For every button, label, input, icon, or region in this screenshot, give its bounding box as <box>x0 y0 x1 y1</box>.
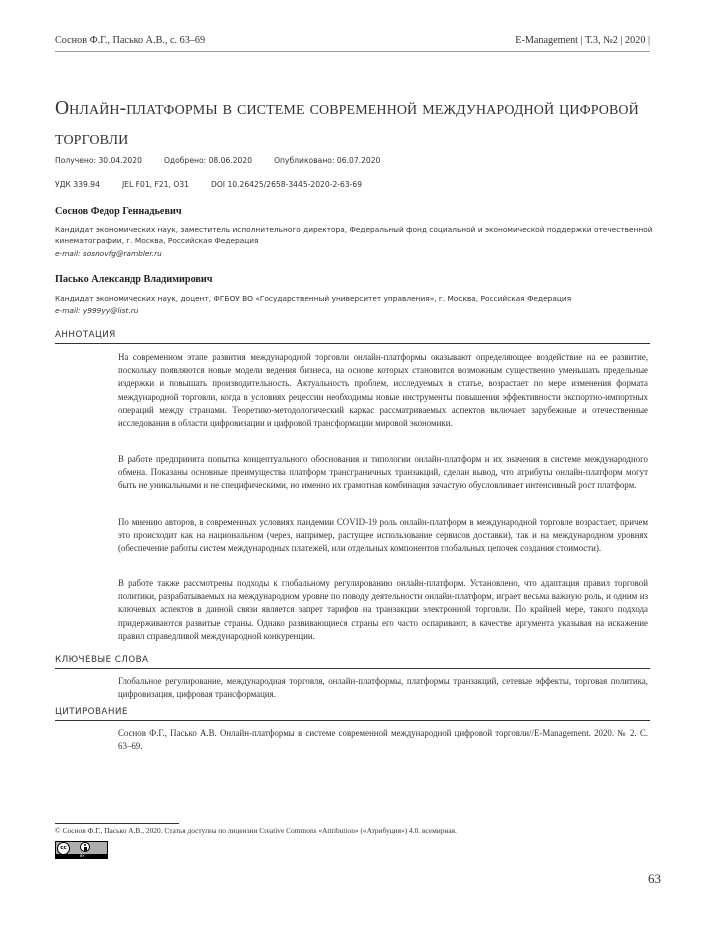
jel-codes: JEL F01, F21, O31 <box>122 180 189 189</box>
doi[interactable]: DOI 10.26425/2658-3445-2020-2-63-69 <box>211 180 362 189</box>
citation-heading: ЦИТИРОВАНИЕ <box>55 707 650 721</box>
keywords-text: Глобальное регулирование, международная … <box>118 675 648 701</box>
attribution-person-icon <box>80 842 90 852</box>
running-header: Соснов Ф.Г., Пасько А.В., с. 63–69 E-Man… <box>55 33 650 52</box>
by-label: BY <box>80 854 84 858</box>
author-1-name: Соснов Федор Геннадьевич <box>55 206 182 217</box>
article-dates: Получено: 30.04.2020Одобрено: 08.06.2020… <box>55 156 380 165</box>
author-1-affiliation: Кандидат экономических наук, заместитель… <box>55 224 655 246</box>
author-1-email[interactable]: e-mail: sosnovfg@rambler.ru <box>55 249 162 258</box>
article-title: Онлайн-платформы в системе современной м… <box>55 94 655 154</box>
cc-by-license-badge[interactable]: cc BY <box>55 841 108 859</box>
author-2-affiliation: Кандидат экономических наук, доцент, ФГБ… <box>55 293 655 304</box>
footnote-divider <box>55 823 179 824</box>
abstract-paragraph: По мнению авторов, в современных условия… <box>118 516 648 556</box>
license-footnote: © Соснов Ф.Г., Пасько А.В., 2020. Статья… <box>55 826 457 835</box>
author-2-email[interactable]: e-mail: y999yy@list.ru <box>55 306 138 315</box>
udk-code: УДК 339.94 <box>55 180 100 189</box>
abstract-paragraph: В работе также рассмотрены подходы к гло… <box>118 577 648 643</box>
creative-commons-icon: cc <box>57 842 70 855</box>
published-date: Опубликовано: 06.07.2020 <box>274 156 380 165</box>
citation-text: Соснов Ф.Г., Пасько А.В. Онлайн-платформ… <box>118 727 648 753</box>
approved-date: Одобрено: 08.06.2020 <box>164 156 252 165</box>
received-date: Получено: 30.04.2020 <box>55 156 142 165</box>
article-identifiers: УДК 339.94JEL F01, F21, O31DOI 10.26425/… <box>55 180 362 189</box>
header-authors-pages: Соснов Ф.Г., Пасько А.В., с. 63–69 <box>55 35 205 46</box>
abstract-heading: АННОТАЦИЯ <box>55 330 650 344</box>
page-number: 63 <box>648 871 661 887</box>
keywords-heading: КЛЮЧЕВЫЕ СЛОВА <box>55 655 650 669</box>
abstract-paragraph: В работе предпринята попытка концептуаль… <box>118 453 648 493</box>
author-2-name: Пасько Александр Владимирович <box>55 274 213 285</box>
abstract-paragraph: На современном этапе развития международ… <box>118 351 648 430</box>
header-journal-info: E-Management | Т.3, №2 | 2020 | <box>515 35 650 46</box>
